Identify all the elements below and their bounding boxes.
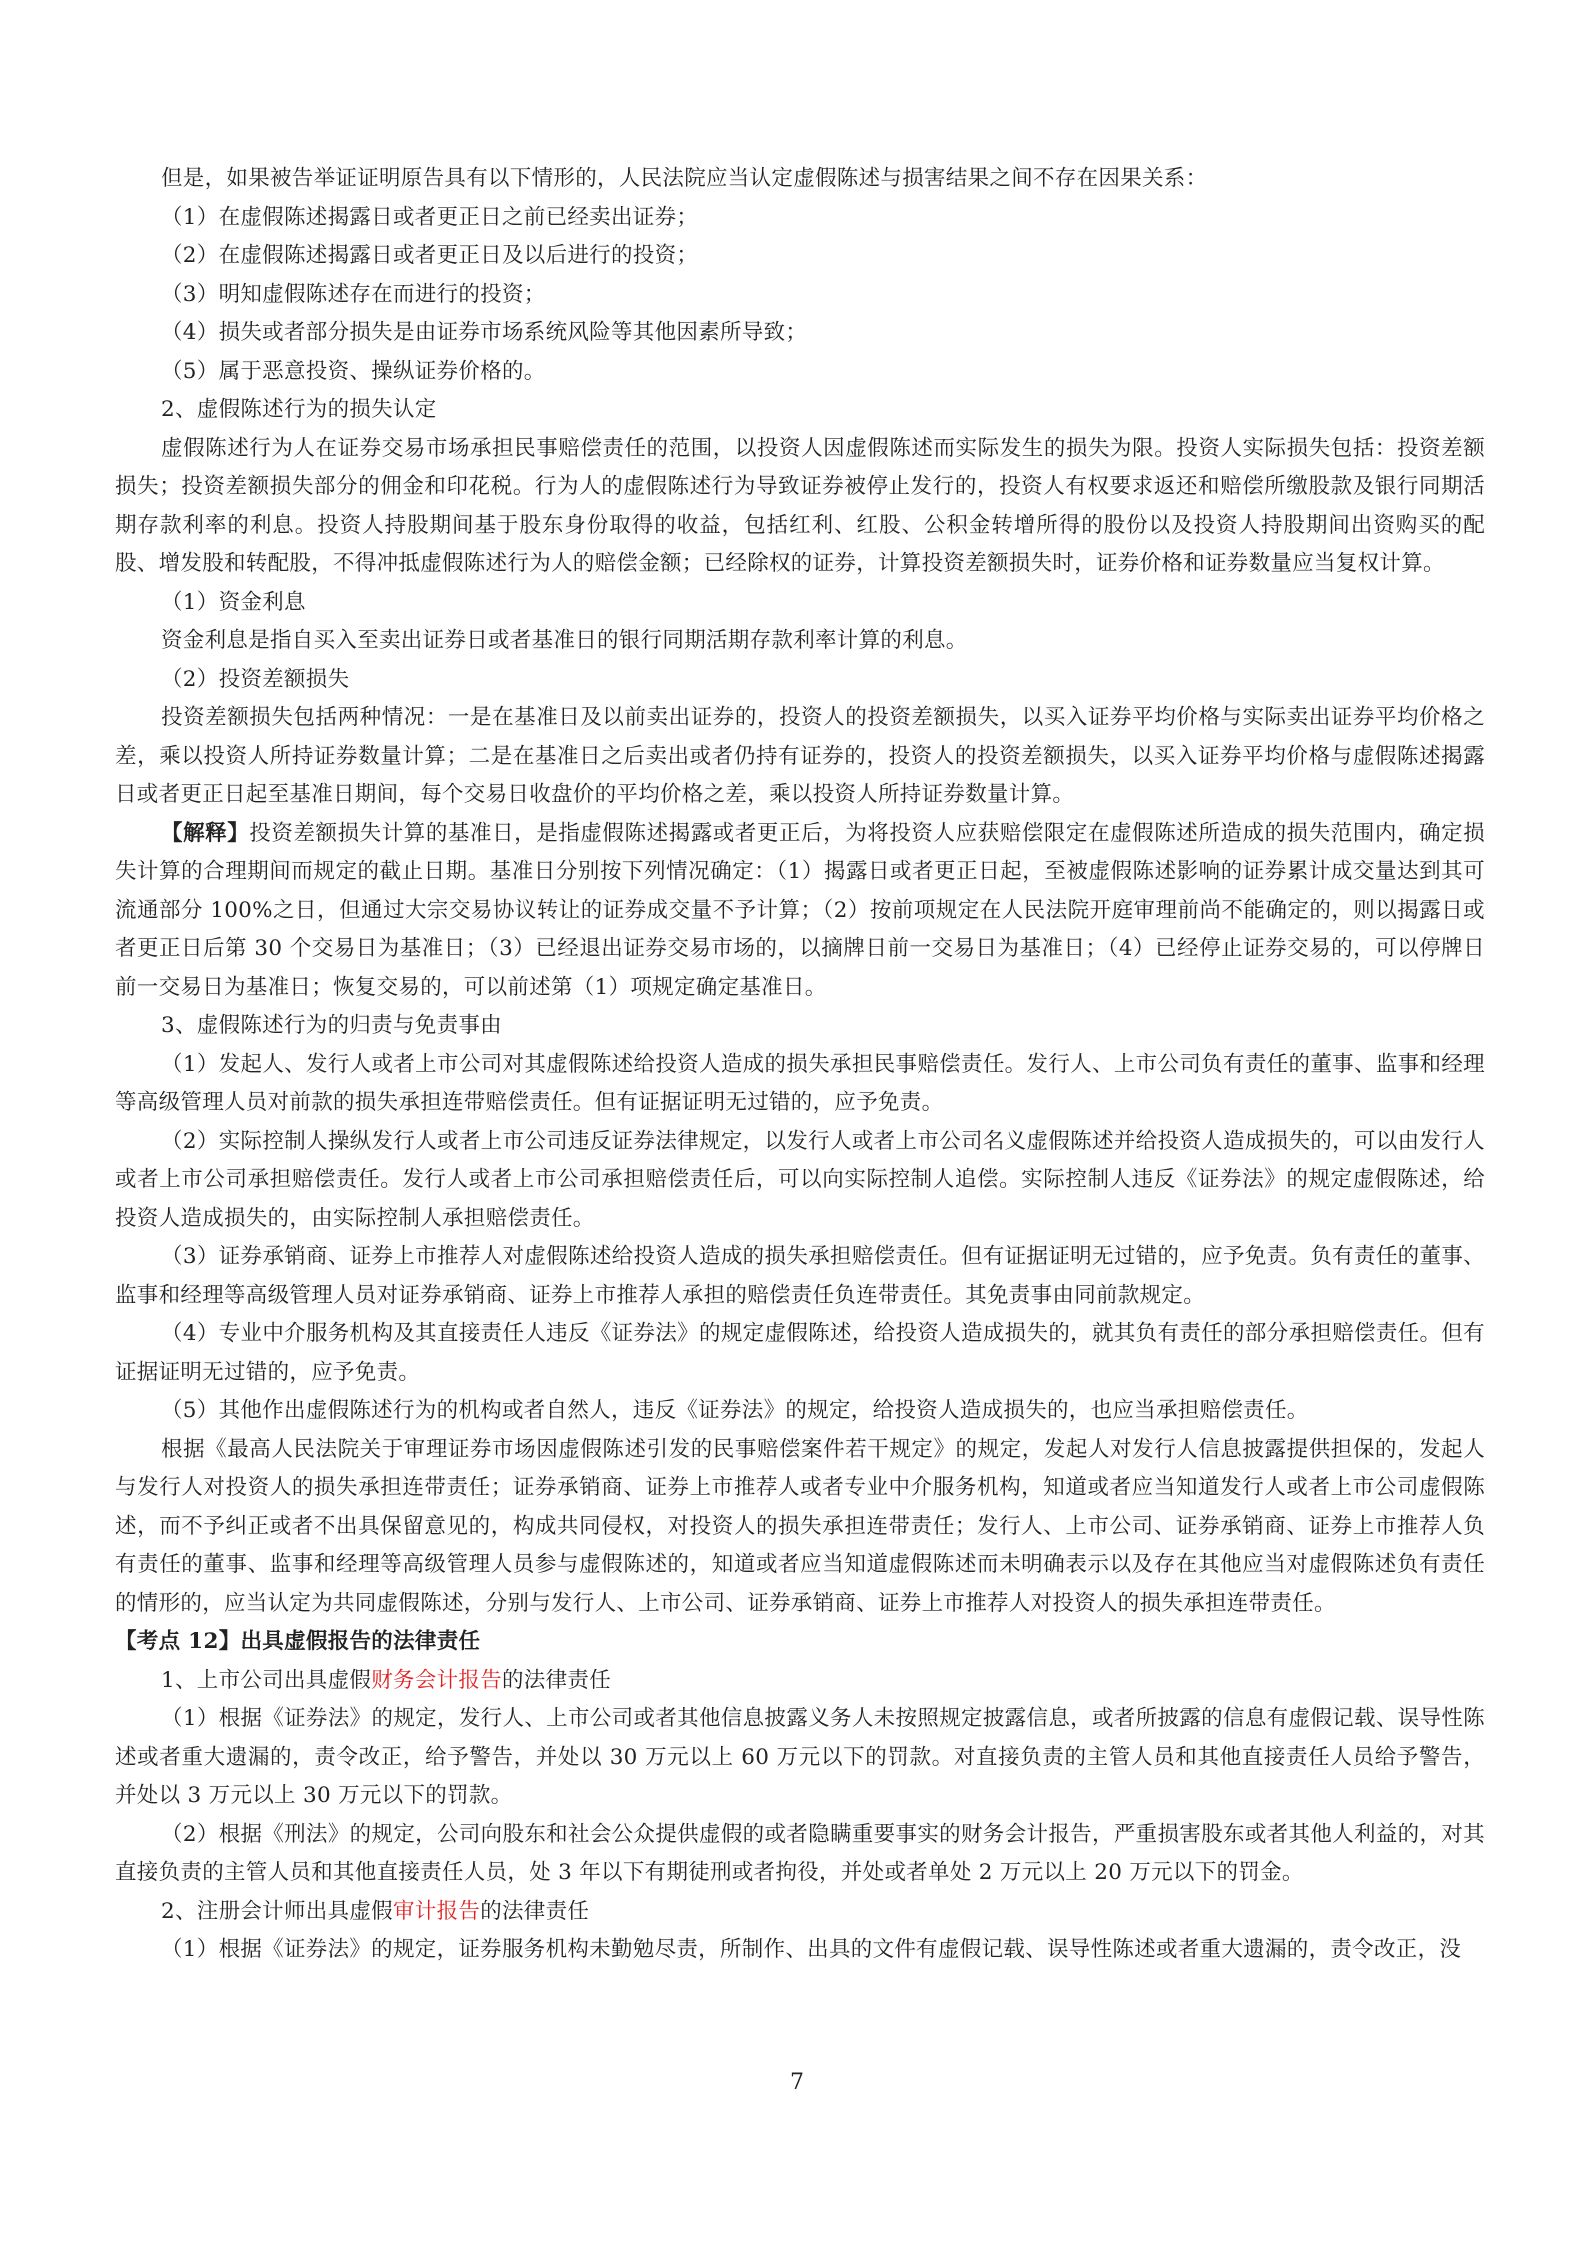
heading-prefix: 1、上市公司出具虚假 (161, 1668, 371, 1693)
subsection-heading: （2）投资差额损失 (115, 661, 1485, 700)
subsection-heading: （1）资金利息 (115, 584, 1485, 623)
list-item: （3）明知虚假陈述存在而进行的投资； (115, 276, 1485, 315)
highlighted-term: 审计报告 (393, 1899, 480, 1924)
paragraph: 根据《最高人民法院关于审理证券市场因虚假陈述引发的民事赔偿案件若干规定》的规定，… (115, 1431, 1485, 1624)
section-heading: 2、虚假陈述行为的损失认定 (115, 391, 1485, 430)
section-heading: 3、虚假陈述行为的归责与免责事由 (115, 1007, 1485, 1046)
explanation-text: 投资差额损失计算的基准日，是指虚假陈述揭露或者更正后，为将投资人应获赔偿限定在虚… (115, 821, 1485, 1000)
heading-suffix: 的法律责任 (502, 1668, 611, 1693)
paragraph: （2）实际控制人操纵发行人或者上市公司违反证券法律规定，以发行人或者上市公司名义… (115, 1123, 1485, 1239)
paragraph: （3）证券承销商、证券上市推荐人对虚假陈述给投资人造成的损失承担赔偿责任。但有证… (115, 1238, 1485, 1315)
paragraph: （4）专业中介服务机构及其直接责任人违反《证券法》的规定虚假陈述，给投资人造成损… (115, 1315, 1485, 1392)
section-heading: 2、注册会计师出具虚假审计报告的法律责任 (115, 1893, 1485, 1932)
paragraph: （1）根据《证券法》的规定，发行人、上市公司或者其他信息披露义务人未按照规定披露… (115, 1700, 1485, 1816)
heading-suffix: 的法律责任 (480, 1899, 589, 1924)
paragraph: 资金利息是指自买入至卖出证券日或者基准日的银行同期活期存款利率计算的利息。 (115, 622, 1485, 661)
paragraph: 但是，如果被告举证证明原告具有以下情形的，人民法院应当认定虚假陈述与损害结果之间… (115, 160, 1485, 199)
heading-prefix: 2、注册会计师出具虚假 (161, 1899, 393, 1924)
paragraph: （1）发起人、发行人或者上市公司对其虚假陈述给投资人造成的损失承担民事赔偿责任。… (115, 1046, 1485, 1123)
paragraph: 投资差额损失包括两种情况：一是在基准日及以前卖出证券的，投资人的投资差额损失，以… (115, 699, 1485, 815)
exam-point-title: 【考点 12】出具虚假报告的法律责任 (115, 1623, 1485, 1662)
paragraph: （5）其他作出虚假陈述行为的机构或者自然人，违反《证券法》的规定，给投资人造成损… (115, 1392, 1485, 1431)
page-number: 7 (0, 2070, 1594, 2095)
list-item: （1）在虚假陈述揭露日或者更正日之前已经卖出证券； (115, 199, 1485, 238)
paragraph: （2）根据《刑法》的规定，公司向股东和社会公众提供虚假的或者隐瞒重要事实的财务会… (115, 1816, 1485, 1893)
paragraph: 虚假陈述行为人在证券交易市场承担民事赔偿责任的范围，以投资人因虚假陈述而实际发生… (115, 430, 1485, 584)
paragraph: （1）根据《证券法》的规定，证券服务机构未勤勉尽责，所制作、出具的文件有虚假记载… (115, 1931, 1485, 1970)
document-page: 但是，如果被告举证证明原告具有以下情形的，人民法院应当认定虚假陈述与损害结果之间… (115, 160, 1485, 1970)
highlighted-term: 财务会计报告 (371, 1668, 502, 1693)
list-item: （2）在虚假陈述揭露日或者更正日及以后进行的投资； (115, 237, 1485, 276)
explanation-label: 【解释】 (161, 821, 249, 846)
list-item: （5）属于恶意投资、操纵证券价格的。 (115, 353, 1485, 392)
explanation-paragraph: 【解释】投资差额损失计算的基准日，是指虚假陈述揭露或者更正后，为将投资人应获赔偿… (115, 815, 1485, 1008)
list-item: （4）损失或者部分损失是由证券市场系统风险等其他因素所导致； (115, 314, 1485, 353)
section-heading: 1、上市公司出具虚假财务会计报告的法律责任 (115, 1662, 1485, 1701)
